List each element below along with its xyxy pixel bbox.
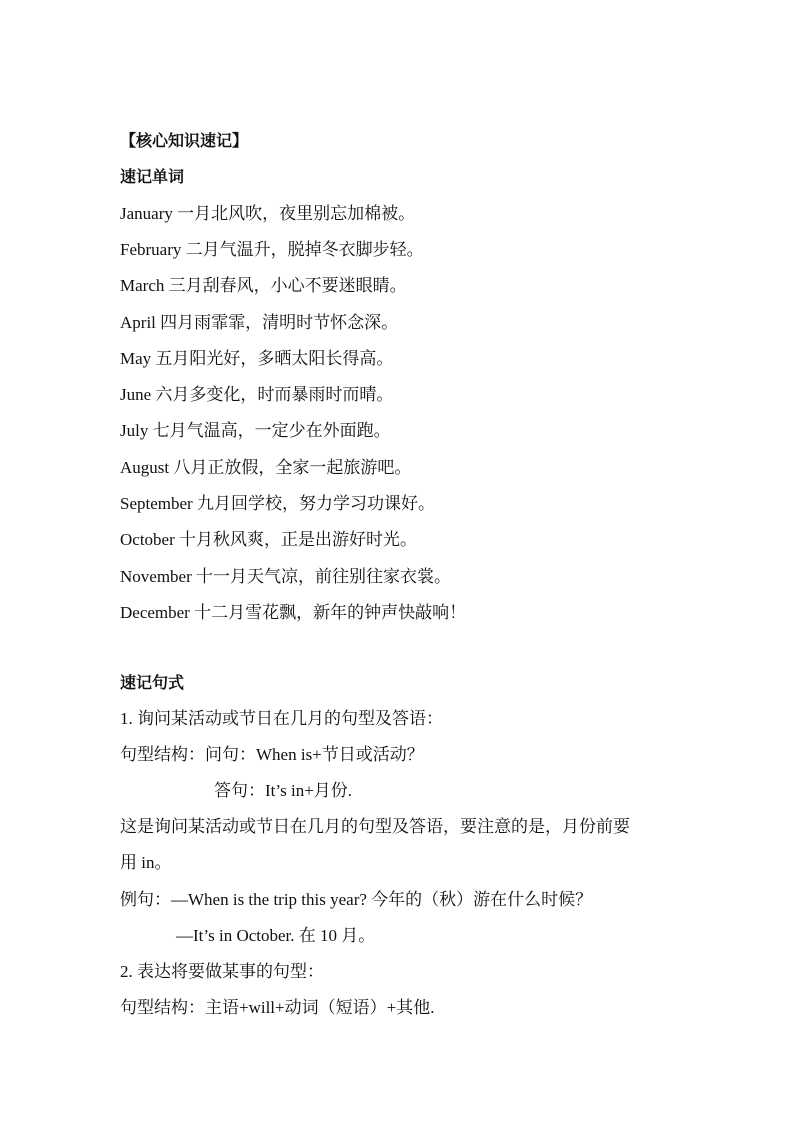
vocab-item: June 六月多变化，时而暴雨时而晴。	[120, 384, 393, 406]
point1-structure-question: 句型结构：问句：When is+节日或活动？	[120, 744, 424, 766]
point1-structure-answer: 答句：It’s in+月份.	[214, 780, 352, 802]
vocab-section-title: 速记单词	[120, 166, 184, 188]
point2-title: 2. 表达将要做某事的句型：	[120, 961, 324, 983]
sentence-section-title: 速记句式	[120, 672, 184, 694]
vocab-item: July 七月气温高，一定少在外面跑。	[120, 420, 391, 442]
vocab-item: May 五月阳光好，多晒太阳长得高。	[120, 348, 393, 370]
point1-note-line2: 用 in。	[120, 852, 171, 874]
vocab-item: April 四月雨霏霏，清明时节怀念深。	[120, 312, 398, 334]
vocab-item: February 二月气温升，脱掉冬衣脚步轻。	[120, 239, 424, 261]
point1-example-answer: —It’s in October. 在 10 月。	[176, 925, 375, 947]
vocab-item: August 八月正放假，全家一起旅游吧。	[120, 457, 411, 479]
point1-note-line1: 这是询问某活动或节日在几月的句型及答语，要注意的是，月份前要	[120, 816, 630, 838]
section-heading: 【核心知识速记】	[120, 130, 248, 152]
point2-structure: 句型结构：主语+will+动词（短语）+其他.	[120, 997, 434, 1019]
vocab-item: January 一月北风吹，夜里别忘加棉被。	[120, 203, 415, 225]
vocab-item: March 三月刮春风，小心不要迷眼睛。	[120, 275, 407, 297]
vocab-item: September 九月回学校，努力学习功课好。	[120, 493, 435, 515]
point1-example-question: 例句：—When is the trip this year? 今年的（秋）游在…	[120, 889, 592, 911]
vocab-item: December 十二月雪花飘，新年的钟声快敲响！	[120, 602, 466, 624]
vocab-item: October 十月秋风爽，正是出游好时光。	[120, 529, 417, 551]
vocab-item: November 十一月天气凉，前往别往家衣裳。	[120, 566, 451, 588]
point1-title: 1. 询问某活动或节日在几月的句型及答语：	[120, 708, 443, 730]
